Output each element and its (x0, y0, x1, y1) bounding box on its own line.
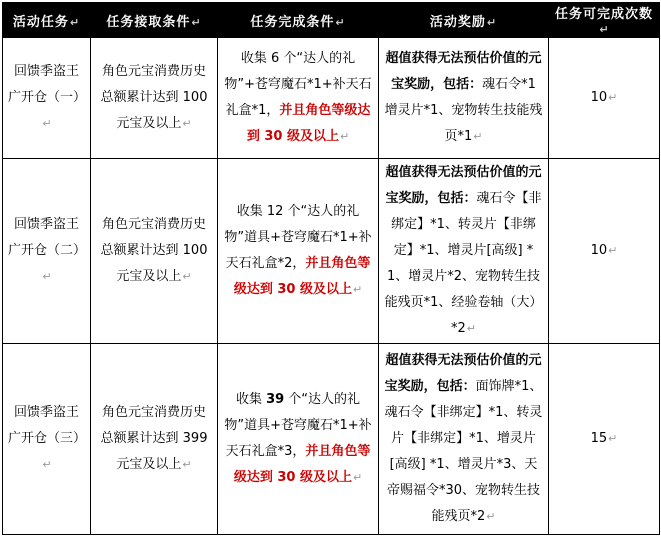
reward-cell: 超值获得无法预估价值的元宝奖励，包括：魂石令*1 增灵片*1、宠物转生技能残页*… (379, 38, 549, 159)
paragraph-mark-icon: ↵ (599, 23, 609, 36)
complete-condition-cell: 收集 6 个“达人的礼物”+苍穹魔石*1+补天石礼盒*1，并且角色等级达到 30… (218, 38, 379, 159)
times-value: 10 (591, 90, 608, 105)
task-name: 回馈季盗王广开仓（一） (8, 64, 86, 105)
paragraph-mark-icon: ↵ (486, 510, 495, 523)
times-cell: 10↵ (549, 159, 660, 344)
column-header-label: 活动任务 (13, 15, 69, 30)
paragraph-mark-icon: ↵ (182, 117, 191, 130)
paragraph-mark-icon: ↵ (473, 130, 482, 143)
paragraph-mark-icon: ↵ (42, 458, 51, 471)
paragraph-mark-icon: ↵ (608, 432, 617, 445)
paragraph-mark-icon: ↵ (335, 16, 345, 29)
paragraph-mark-icon: ↵ (608, 244, 617, 257)
reward-items-text: 面饰牌*1、魂石令【非绑定】*1、转灵片【非绑定】*1、增灵片[高级] *1、增… (385, 379, 543, 524)
times-cell: 10↵ (549, 38, 660, 159)
times-value: 15 (591, 431, 608, 446)
activity-task-table: 活动任务↵ 任务接取条件↵ 任务完成条件↵ 活动奖励↵ 任务可完成次数↵ 回馈季… (2, 2, 660, 535)
paragraph-mark-icon: ↵ (191, 16, 201, 29)
paragraph-mark-icon: ↵ (467, 322, 476, 335)
header-row: 活动任务↵ 任务接取条件↵ 任务完成条件↵ 活动奖励↵ 任务可完成次数↵ (3, 3, 660, 38)
task-cell: 回馈季盗王广开仓（三）↵ (3, 344, 91, 535)
table-row: 回馈季盗王广开仓（一）↵ 角色元宝消费历史总额累计达到 100 元宝及以上↵ 收… (3, 38, 660, 159)
complete-condition-cell: 收集 39 个“达人的礼物”道具+苍穹魔石*1+补天石礼盒*3，并且角色等级达到… (218, 344, 379, 535)
paragraph-mark-icon: ↵ (353, 283, 362, 296)
complete-condition-bold-number: 39 (266, 392, 284, 407)
column-header-label: 任务完成条件 (250, 15, 334, 30)
paragraph-mark-icon: ↵ (42, 270, 51, 283)
accept-condition-cell: 角色元宝消费历史总额累计达到 100 元宝及以上↵ (91, 159, 218, 344)
column-header-label: 任务可完成次数 (555, 7, 653, 22)
paragraph-mark-icon: ↵ (182, 270, 191, 283)
column-header-times: 任务可完成次数↵ (549, 3, 660, 38)
paragraph-mark-icon: ↵ (182, 458, 191, 471)
column-header-accept-condition: 任务接取条件↵ (91, 3, 218, 38)
task-cell: 回馈季盗王广开仓（二）↵ (3, 159, 91, 344)
paragraph-mark-icon: ↵ (353, 471, 362, 484)
times-value: 10 (591, 243, 608, 258)
column-header-label: 活动奖励 (430, 15, 486, 30)
task-name: 回馈季盗王广开仓（二） (8, 217, 86, 258)
complete-condition-cell: 收集 12 个“达人的礼物”道具+苍穹魔石*1+补天石礼盒*2，并且角色等级达到… (218, 159, 379, 344)
table-row: 回馈季盗王广开仓（三）↵ 角色元宝消费历史总额累计达到 399 元宝及以上↵ 收… (3, 344, 660, 535)
paragraph-mark-icon: ↵ (70, 16, 80, 29)
column-header-label: 任务接取条件 (106, 15, 190, 30)
reward-cell: 超值获得无法预估价值的元宝奖励，包括：魂石令【非绑定】*1、转灵片【非绑定】*1… (379, 159, 549, 344)
column-header-activity-task: 活动任务↵ (3, 3, 91, 38)
task-name: 回馈季盗王广开仓（三） (8, 405, 86, 446)
paragraph-mark-icon: ↵ (608, 91, 617, 104)
column-header-complete-condition: 任务完成条件↵ (218, 3, 379, 38)
paragraph-mark-icon: ↵ (340, 130, 349, 143)
column-header-reward: 活动奖励↵ (379, 3, 549, 38)
complete-condition-text: 收集 (236, 392, 266, 407)
times-cell: 15↵ (549, 344, 660, 535)
task-cell: 回馈季盗王广开仓（一）↵ (3, 38, 91, 159)
paragraph-mark-icon: ↵ (42, 117, 51, 130)
paragraph-mark-icon: ↵ (487, 16, 497, 29)
reward-cell: 超值获得无法预估价值的元宝奖励，包括：面饰牌*1、魂石令【非绑定】*1、转灵片【… (379, 344, 549, 535)
accept-condition-cell: 角色元宝消费历史总额累计达到 399 元宝及以上↵ (91, 344, 218, 535)
accept-condition-cell: 角色元宝消费历史总额累计达到 100 元宝及以上↵ (91, 38, 218, 159)
table-row: 回馈季盗王广开仓（二）↵ 角色元宝消费历史总额累计达到 100 元宝及以上↵ 收… (3, 159, 660, 344)
reward-items-text: 魂石令【非绑定】*1、转灵片【非绑定】*1、增灵片[高级] *1、增灵片*2、宠… (385, 191, 543, 336)
